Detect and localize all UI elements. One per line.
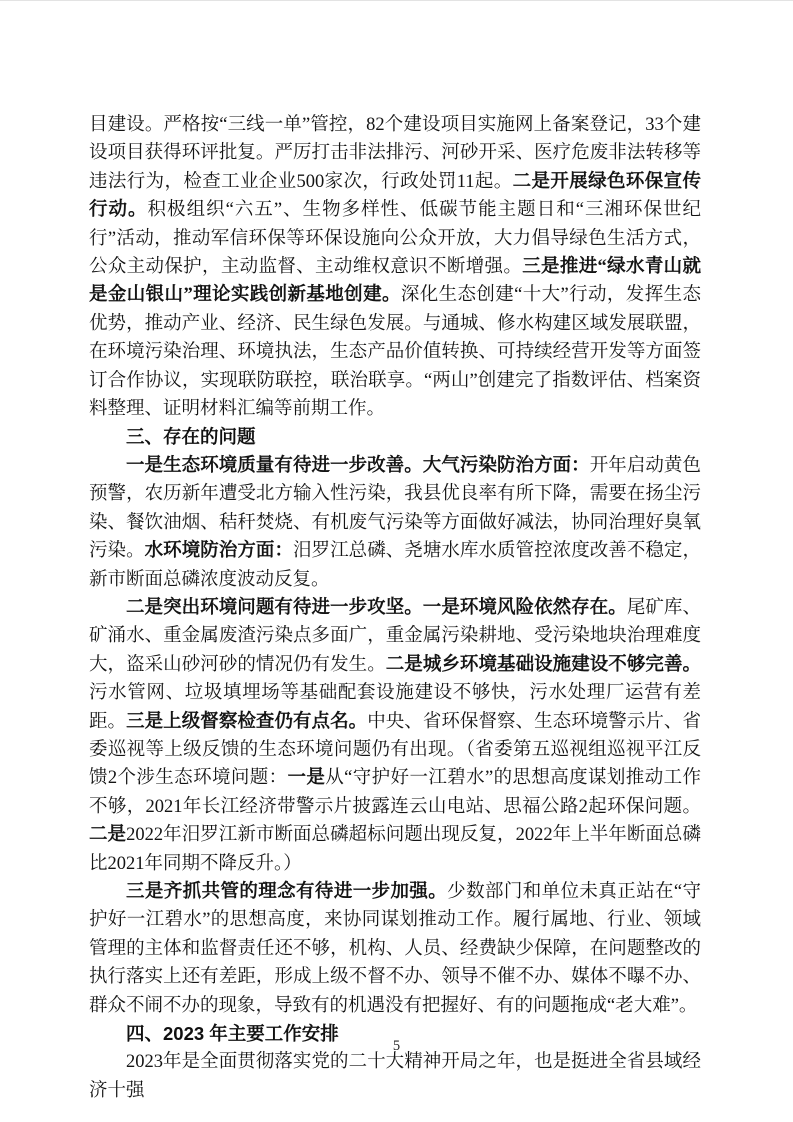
text-run: 少数部门和单位未真正站在“守护好一江碧水”的思想高度，来协同谋划推动工作。履行属… — [89, 882, 701, 1016]
paragraph: 二是突出环境问题有待进一步攻坚。一是环境风险依然存在。尾矿库、矿涌水、重金属废渣… — [89, 594, 701, 878]
text-run-bold: 三是齐抓共管的理念有待进一步加强。 — [126, 882, 447, 902]
text-run-bold: 三是上级督察检查仍有点名。 — [126, 712, 367, 732]
paragraph: 2023年是全面贯彻落实党的二十大精神开局之年，也是挺进全省县域经济十强 — [89, 1048, 701, 1105]
document-body: 目建设。严格按“三线一单”管控，82个建设项目实施网上备案登记，33个建设项目获… — [89, 111, 701, 1105]
page-number: 5 — [0, 1038, 793, 1055]
text-run-bold: 一是生态环境质量有待进一步改善。大气污染防治方面： — [126, 456, 590, 476]
text-run-bold: 二是突出环境问题有待进一步攻坚。一是环境风险依然存在。 — [126, 598, 627, 618]
text-run-bold: 二是 — [89, 825, 126, 845]
paragraph: 三是齐抓共管的理念有待进一步加强。少数部门和单位未真正站在“守护好一江碧水”的思… — [89, 878, 701, 1020]
paragraph: 一是生态环境质量有待进一步改善。大气污染防治方面：开年启动黄色预警，农历新年遭受… — [89, 452, 701, 594]
section-heading: 三、存在的问题 — [89, 423, 701, 451]
document-page: 目建设。严格按“三线一单”管控，82个建设项目实施网上备案登记，33个建设项目获… — [0, 0, 793, 1122]
text-run-bold: 水环境防治方面： — [145, 541, 293, 561]
text-run: 2022年汨罗江新市断面总磷超标问题出现反复，2022年上半年断面总磷比2021… — [89, 825, 701, 873]
text-run: 2023年是全面贯彻落实党的二十大精神开局之年，也是挺进全省县域经济十强 — [89, 1052, 701, 1100]
text-run-bold: 二是城乡环境基础设施建设不够完善。 — [386, 655, 701, 675]
paragraph: 目建设。严格按“三线一单”管控，82个建设项目实施网上备案登记，33个建设项目获… — [89, 111, 701, 423]
text-run-bold: 一是 — [288, 768, 326, 788]
text-run: 深化生态创建“十大”行动，发挥生态优势，推动产业、经济、民生绿色发展。与通城、修… — [89, 285, 701, 419]
